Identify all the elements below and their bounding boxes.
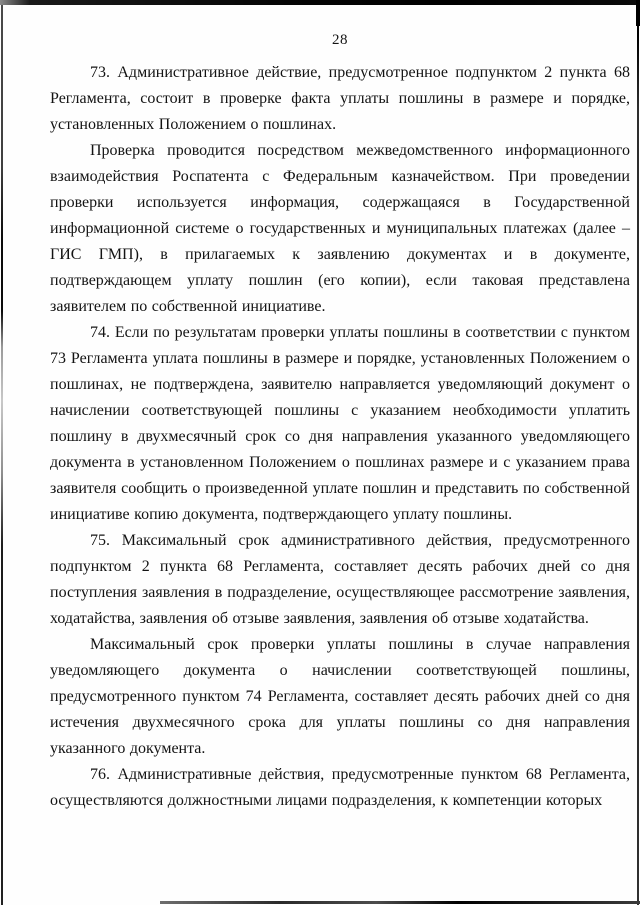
scan-edge-top — [0, 0, 640, 5]
paragraph-point-73: 73. Административное действие, предусмот… — [50, 60, 630, 138]
paragraph-verification-procedure: Проверка проводится посредством межведом… — [50, 138, 630, 320]
paragraph-point-75: 75. Максимальный срок административного … — [50, 528, 630, 632]
page-number: 28 — [50, 32, 630, 48]
paragraph-max-verification-term: Максимальный срок проверки уплаты пошлин… — [50, 632, 630, 762]
scan-edge-right — [637, 0, 639, 905]
scanned-document-page: 28 73. Административное действие, предус… — [0, 0, 640, 905]
scan-edge-right-corner — [636, 0, 640, 26]
paragraph-point-76: 76. Административные действия, предусмот… — [50, 762, 630, 814]
document-text-column: 28 73. Административное действие, предус… — [50, 32, 630, 814]
paragraph-point-74: 74. Если по результатам проверки уплаты … — [50, 320, 630, 528]
scan-edge-left — [1, 5, 3, 905]
scan-edge-bottom — [160, 901, 640, 904]
